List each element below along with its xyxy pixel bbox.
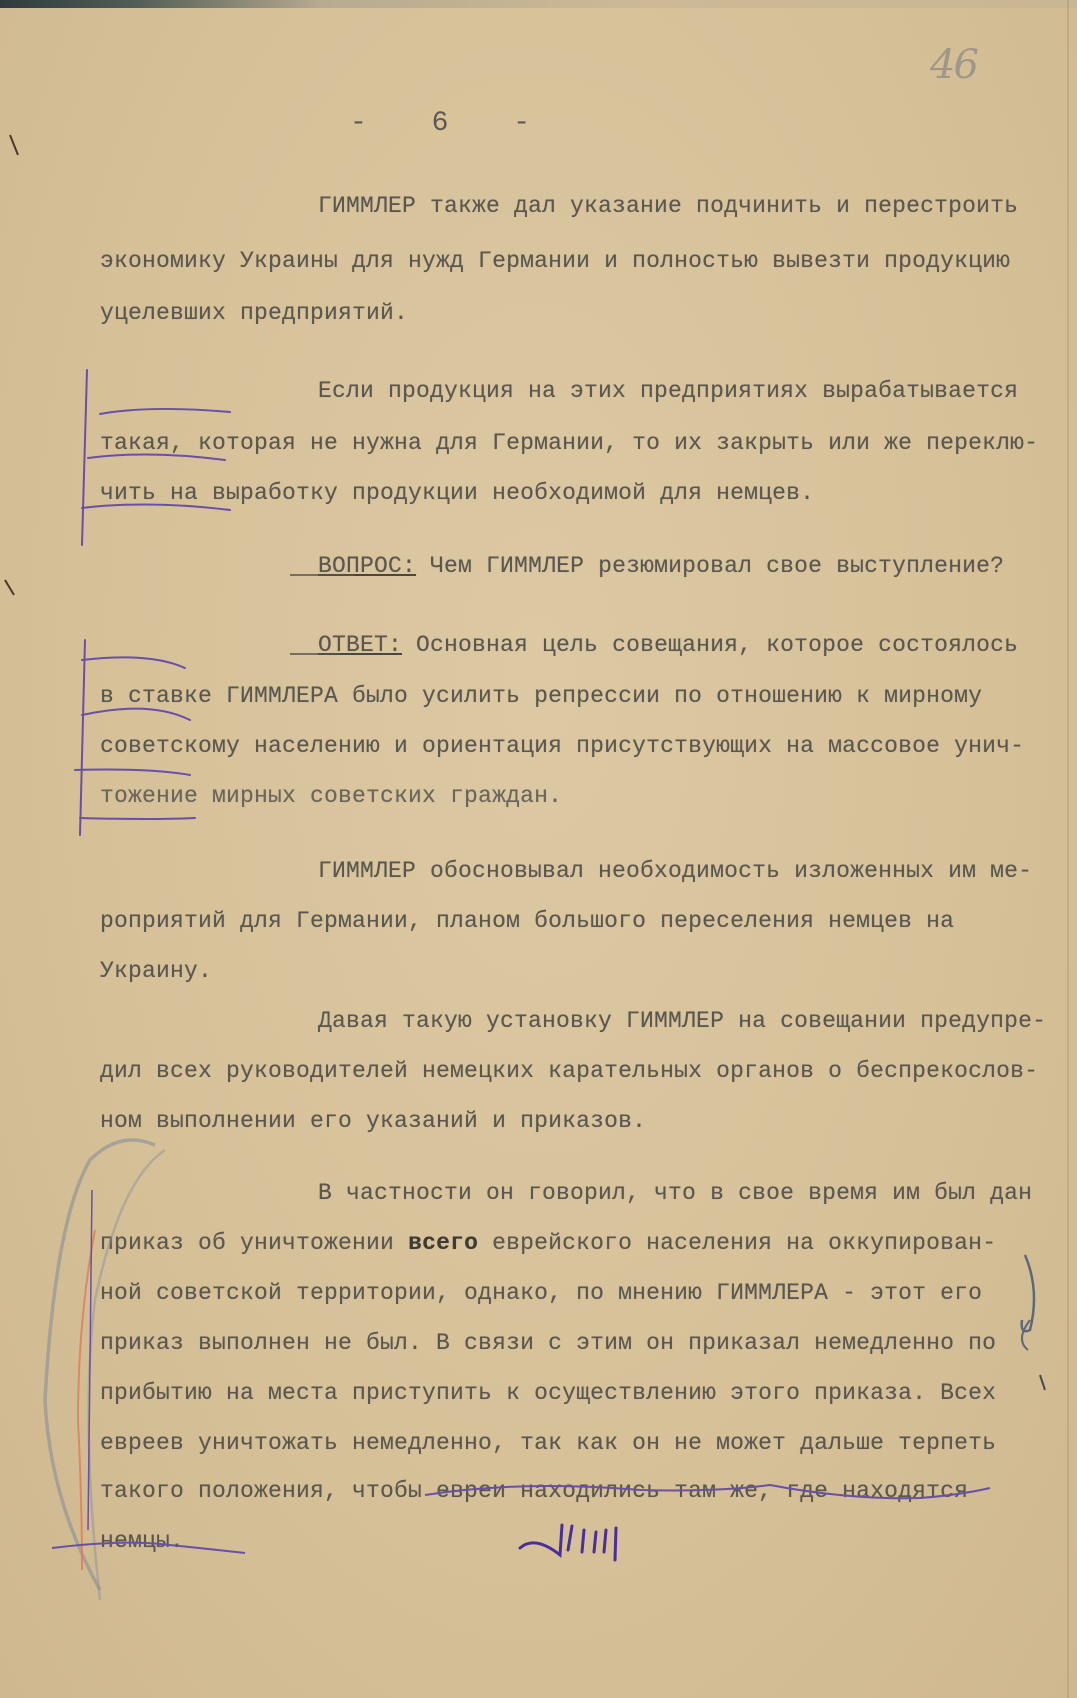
question-text: Чем ГИММЛЕР резюмировал свое выступление… <box>430 553 1004 579</box>
paragraph-7-line-8: немцы. <box>100 1528 184 1554</box>
paragraph-7-line-5: прибытию на места приступить к осуществл… <box>100 1380 996 1406</box>
answer-text-1: Основная цель совещания, которое состоял… <box>416 632 1018 658</box>
paragraph-5-line-1: ГИММЛЕР обосновывал необходимость изложе… <box>318 858 1032 884</box>
page-number: - 6 - <box>350 108 554 139</box>
answer-line-1: ОТВЕТ: Основная цель совещания, которое … <box>318 632 1018 658</box>
emphasized-word: всего <box>408 1230 478 1256</box>
question: ВОПРОС: Чем ГИММЛЕР резюмировал свое выс… <box>318 553 1004 579</box>
paragraph-5-line-2: роприятий для Германии, планом большого … <box>100 908 954 934</box>
answer-label: ОТВЕТ: <box>318 632 402 658</box>
paragraph-7-line-7: такого положения, чтобы евреи находились… <box>100 1478 968 1504</box>
paragraph-2-line-3: чить на выработку продукции необходимой … <box>100 480 814 506</box>
paragraph-2-line-1: Если продукция на этих предприятиях выра… <box>318 378 1018 404</box>
paragraph-7-line-6: евреев уничтожать немедленно, так как он… <box>100 1430 996 1456</box>
paragraph-7-line-2-b: еврейского населения на оккупирован- <box>492 1230 996 1256</box>
paragraph-7-line-2: приказ об уничтожении всего еврейского н… <box>100 1230 996 1256</box>
question-label: ВОПРОС: <box>318 553 416 579</box>
page-right-edge <box>1067 0 1069 1698</box>
paragraph-6-line-3: ном выполнении его указаний и приказов. <box>100 1108 646 1134</box>
paragraph-6-line-1: Давая такую установку ГИММЛЕР на совещан… <box>318 1008 1046 1034</box>
paragraph-1-line-3: уцелевших предприятий. <box>100 300 408 326</box>
paragraph-7-line-1: В частности он говорил, что в свое время… <box>318 1180 1032 1206</box>
answer-line-4: тожение мирных советских граждан. <box>100 783 562 809</box>
paragraph-1-line-2: экономику Украины для нужд Германии и по… <box>100 248 1010 274</box>
paragraph-1-line-1: ГИММЛЕР также дал указание подчинить и п… <box>318 193 1018 219</box>
answer-line-2: в ставке ГИММЛЕРА было усилить репрессии… <box>100 683 982 709</box>
paragraph-2-line-2: такая, которая не нужна для Германии, то… <box>100 430 1038 456</box>
answer-line-3: советскому населению и ориентация присут… <box>100 733 1024 759</box>
paragraph-7-line-4: приказ выполнен не был. В связи с этим о… <box>100 1330 996 1356</box>
paragraph-7-line-3: ной советской территории, однако, по мне… <box>100 1280 982 1306</box>
folio-number: 46 <box>930 42 977 88</box>
paragraph-7-line-2-a: приказ об уничтожении <box>100 1230 394 1256</box>
paragraph-6-line-2: дил всех руководителей немецких каратель… <box>100 1058 1038 1084</box>
paragraph-5-line-3: Украину. <box>100 958 212 984</box>
